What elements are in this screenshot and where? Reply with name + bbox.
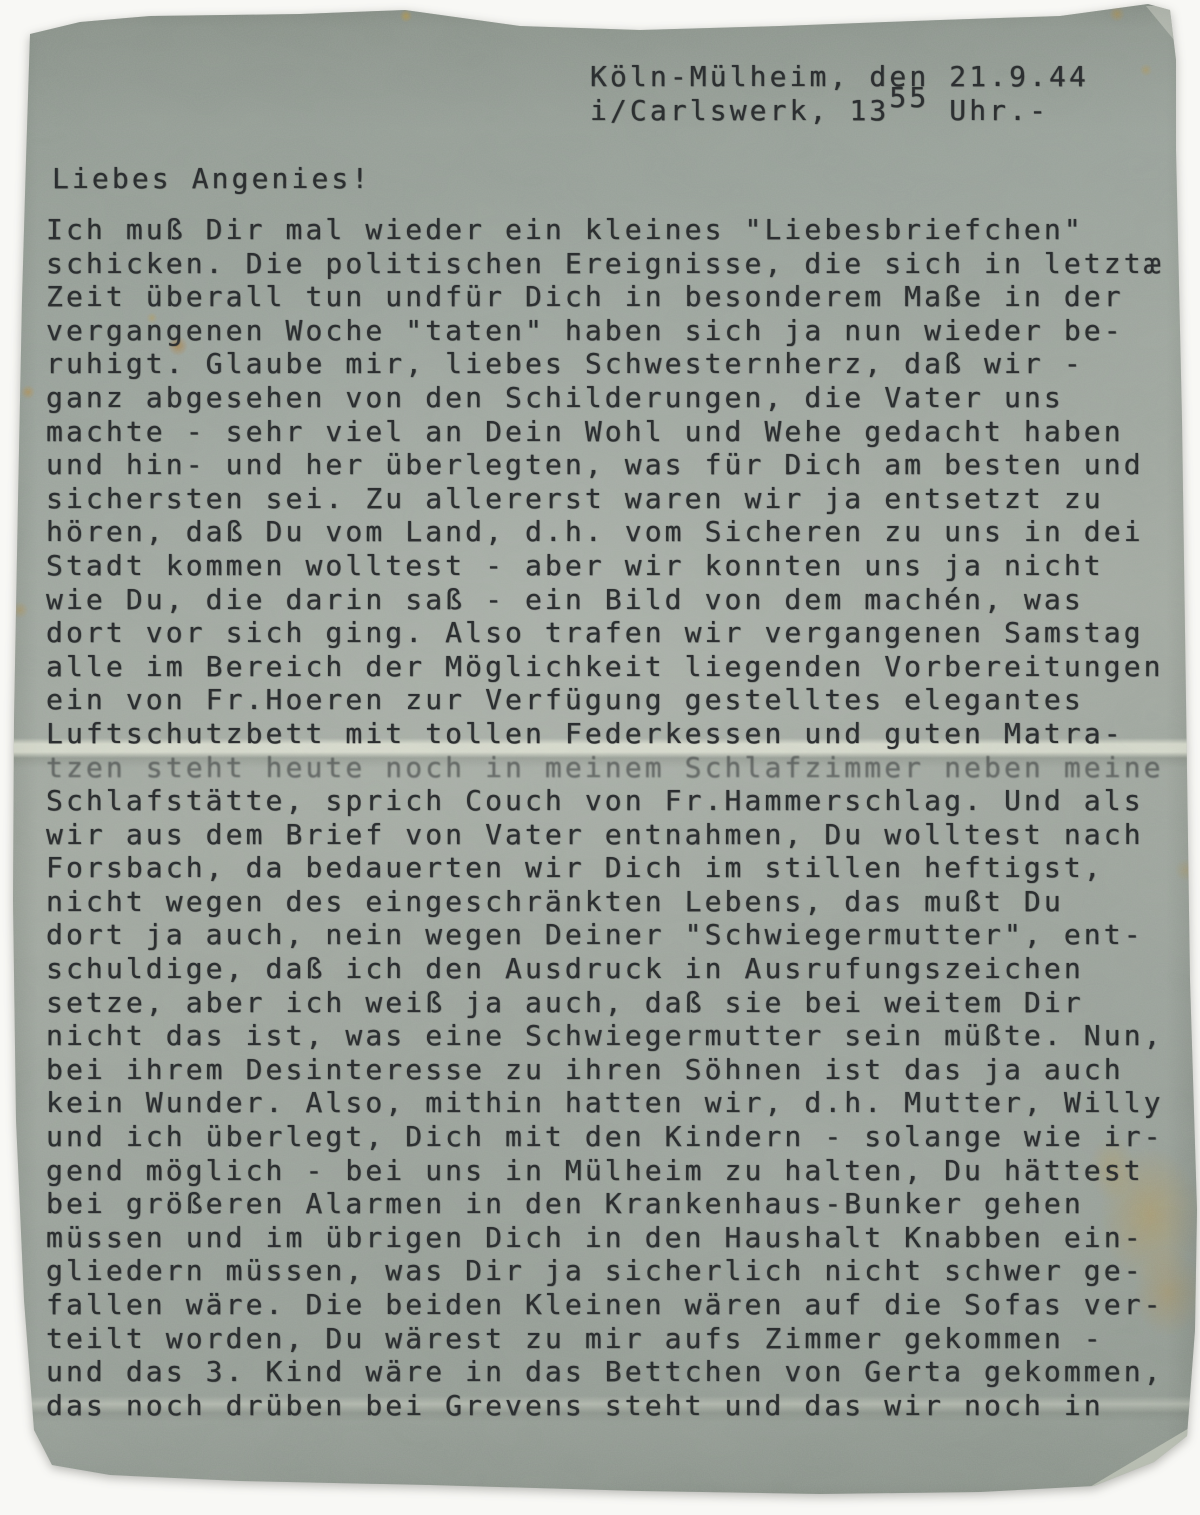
dateline-uhr: Uhr.- (929, 94, 1049, 127)
body-line: müssen und im übrigen Dich in den Hausha… (46, 1221, 1164, 1255)
body-line: setze, aber ich weiß ja auch, daß sie be… (46, 986, 1164, 1020)
body-line: Ich muß Dir mal wieder ein kleines "Lieb… (46, 213, 1164, 247)
dateline-place: i/Carlswerk, 13 (590, 94, 889, 127)
letter-paper: Köln-Mülheim, den 21.9.44 i/Carlswerk, 1… (0, 0, 1200, 1515)
body-line: schicken. Die politischen Ereignisse, di… (46, 247, 1164, 281)
body-line: machte - sehr viel an Dein Wohl und Wehe… (46, 415, 1164, 449)
body-line: hören, daß Du vom Land, d.h. vom Sichere… (46, 515, 1164, 549)
body-line: Schlafstätte, sprich Couch von Fr.Hammer… (46, 784, 1164, 818)
body-line: schuldige, daß ich den Ausdruck in Ausru… (46, 952, 1164, 986)
body-line: Forsbach, da bedauerten wir Dich im stil… (46, 851, 1164, 885)
body-line: Luftschutzbett mit tollen Federkessen un… (46, 717, 1164, 751)
body-line: bei größeren Alarmen in den Krankenhaus-… (46, 1187, 1164, 1221)
body-line: das noch drüben bei Grevens steht und da… (46, 1389, 1164, 1423)
body-line: und das 3. Kind wäre in das Bettchen von… (46, 1355, 1164, 1389)
paper-shadow-wrap: Köln-Mülheim, den 21.9.44 i/Carlswerk, 1… (0, 0, 1200, 1515)
body-line: ein von Fr.Hoeren zur Verfügung gestellt… (46, 683, 1164, 717)
letter-body: Ich muß Dir mal wieder ein kleines "Lieb… (46, 213, 1164, 1422)
body-line: ruhigt. Glaube mir, liebes Schwesternher… (46, 347, 1164, 381)
body-line: teilt worden, Du wärest zu mir aufs Zimm… (46, 1322, 1164, 1356)
dateline: Köln-Mülheim, den 21.9.44 i/Carlswerk, 1… (590, 60, 1089, 128)
dateline-line1: Köln-Mülheim, den 21.9.44 (590, 60, 1089, 94)
body-line: gend möglich - bei uns in Mülheim zu hal… (46, 1154, 1164, 1188)
letter-scan: Köln-Mülheim, den 21.9.44 i/Carlswerk, 1… (0, 0, 1200, 1515)
body-line: wir aus dem Brief von Vater entnahmen, D… (46, 818, 1164, 852)
body-line: wie Du, die darin saß - ein Bild von dem… (46, 583, 1164, 617)
body-line: dort ja auch, nein wegen Deiner "Schwieg… (46, 918, 1164, 952)
scan-background: { "letter": { "dateline": { "line1": "Kö… (0, 0, 1200, 1515)
body-line: fallen wäre. Die beiden Kleinen wären au… (46, 1288, 1164, 1322)
body-line: Zeit überall tun undfür Dich in besonder… (46, 280, 1164, 314)
body-line: gliedern müssen, was Dir ja sicherlich n… (46, 1254, 1164, 1288)
body-line: nicht das ist, was eine Schwiegermutter … (46, 1019, 1164, 1053)
body-line: Stadt kommen wolltest - aber wir konnten… (46, 549, 1164, 583)
body-line-faded-on-fold: tzen steht heute noch in meinem Schlafzi… (46, 751, 1164, 785)
body-line: dort vor sich ging. Also trafen wir verg… (46, 616, 1164, 650)
body-line: nicht wegen des eingeschränkten Lebens, … (46, 885, 1164, 919)
body-line: vergangenen Woche "taten" haben sich ja … (46, 314, 1164, 348)
body-line: bei ihrem Desinteresse zu ihren Söhnen i… (46, 1053, 1164, 1087)
body-line: ganz abgesehen von den Schilderungen, di… (46, 381, 1164, 415)
body-line: sichersten sei. Zu allererst waren wir j… (46, 482, 1164, 516)
body-line: kein Wunder. Also, mithin hatten wir, d.… (46, 1086, 1164, 1120)
body-line: und ich überlegt, Dich mit den Kindern -… (46, 1120, 1164, 1154)
dateline-line2: i/Carlswerk, 1355 Uhr.- (590, 94, 1089, 128)
salutation: Liebes Angenies! (52, 162, 371, 196)
time-superscript: 55 (889, 81, 929, 114)
body-line: alle im Bereich der Möglichkeit liegende… (46, 650, 1164, 684)
body-line: und hin- und her überlegten, was für Dic… (46, 448, 1164, 482)
